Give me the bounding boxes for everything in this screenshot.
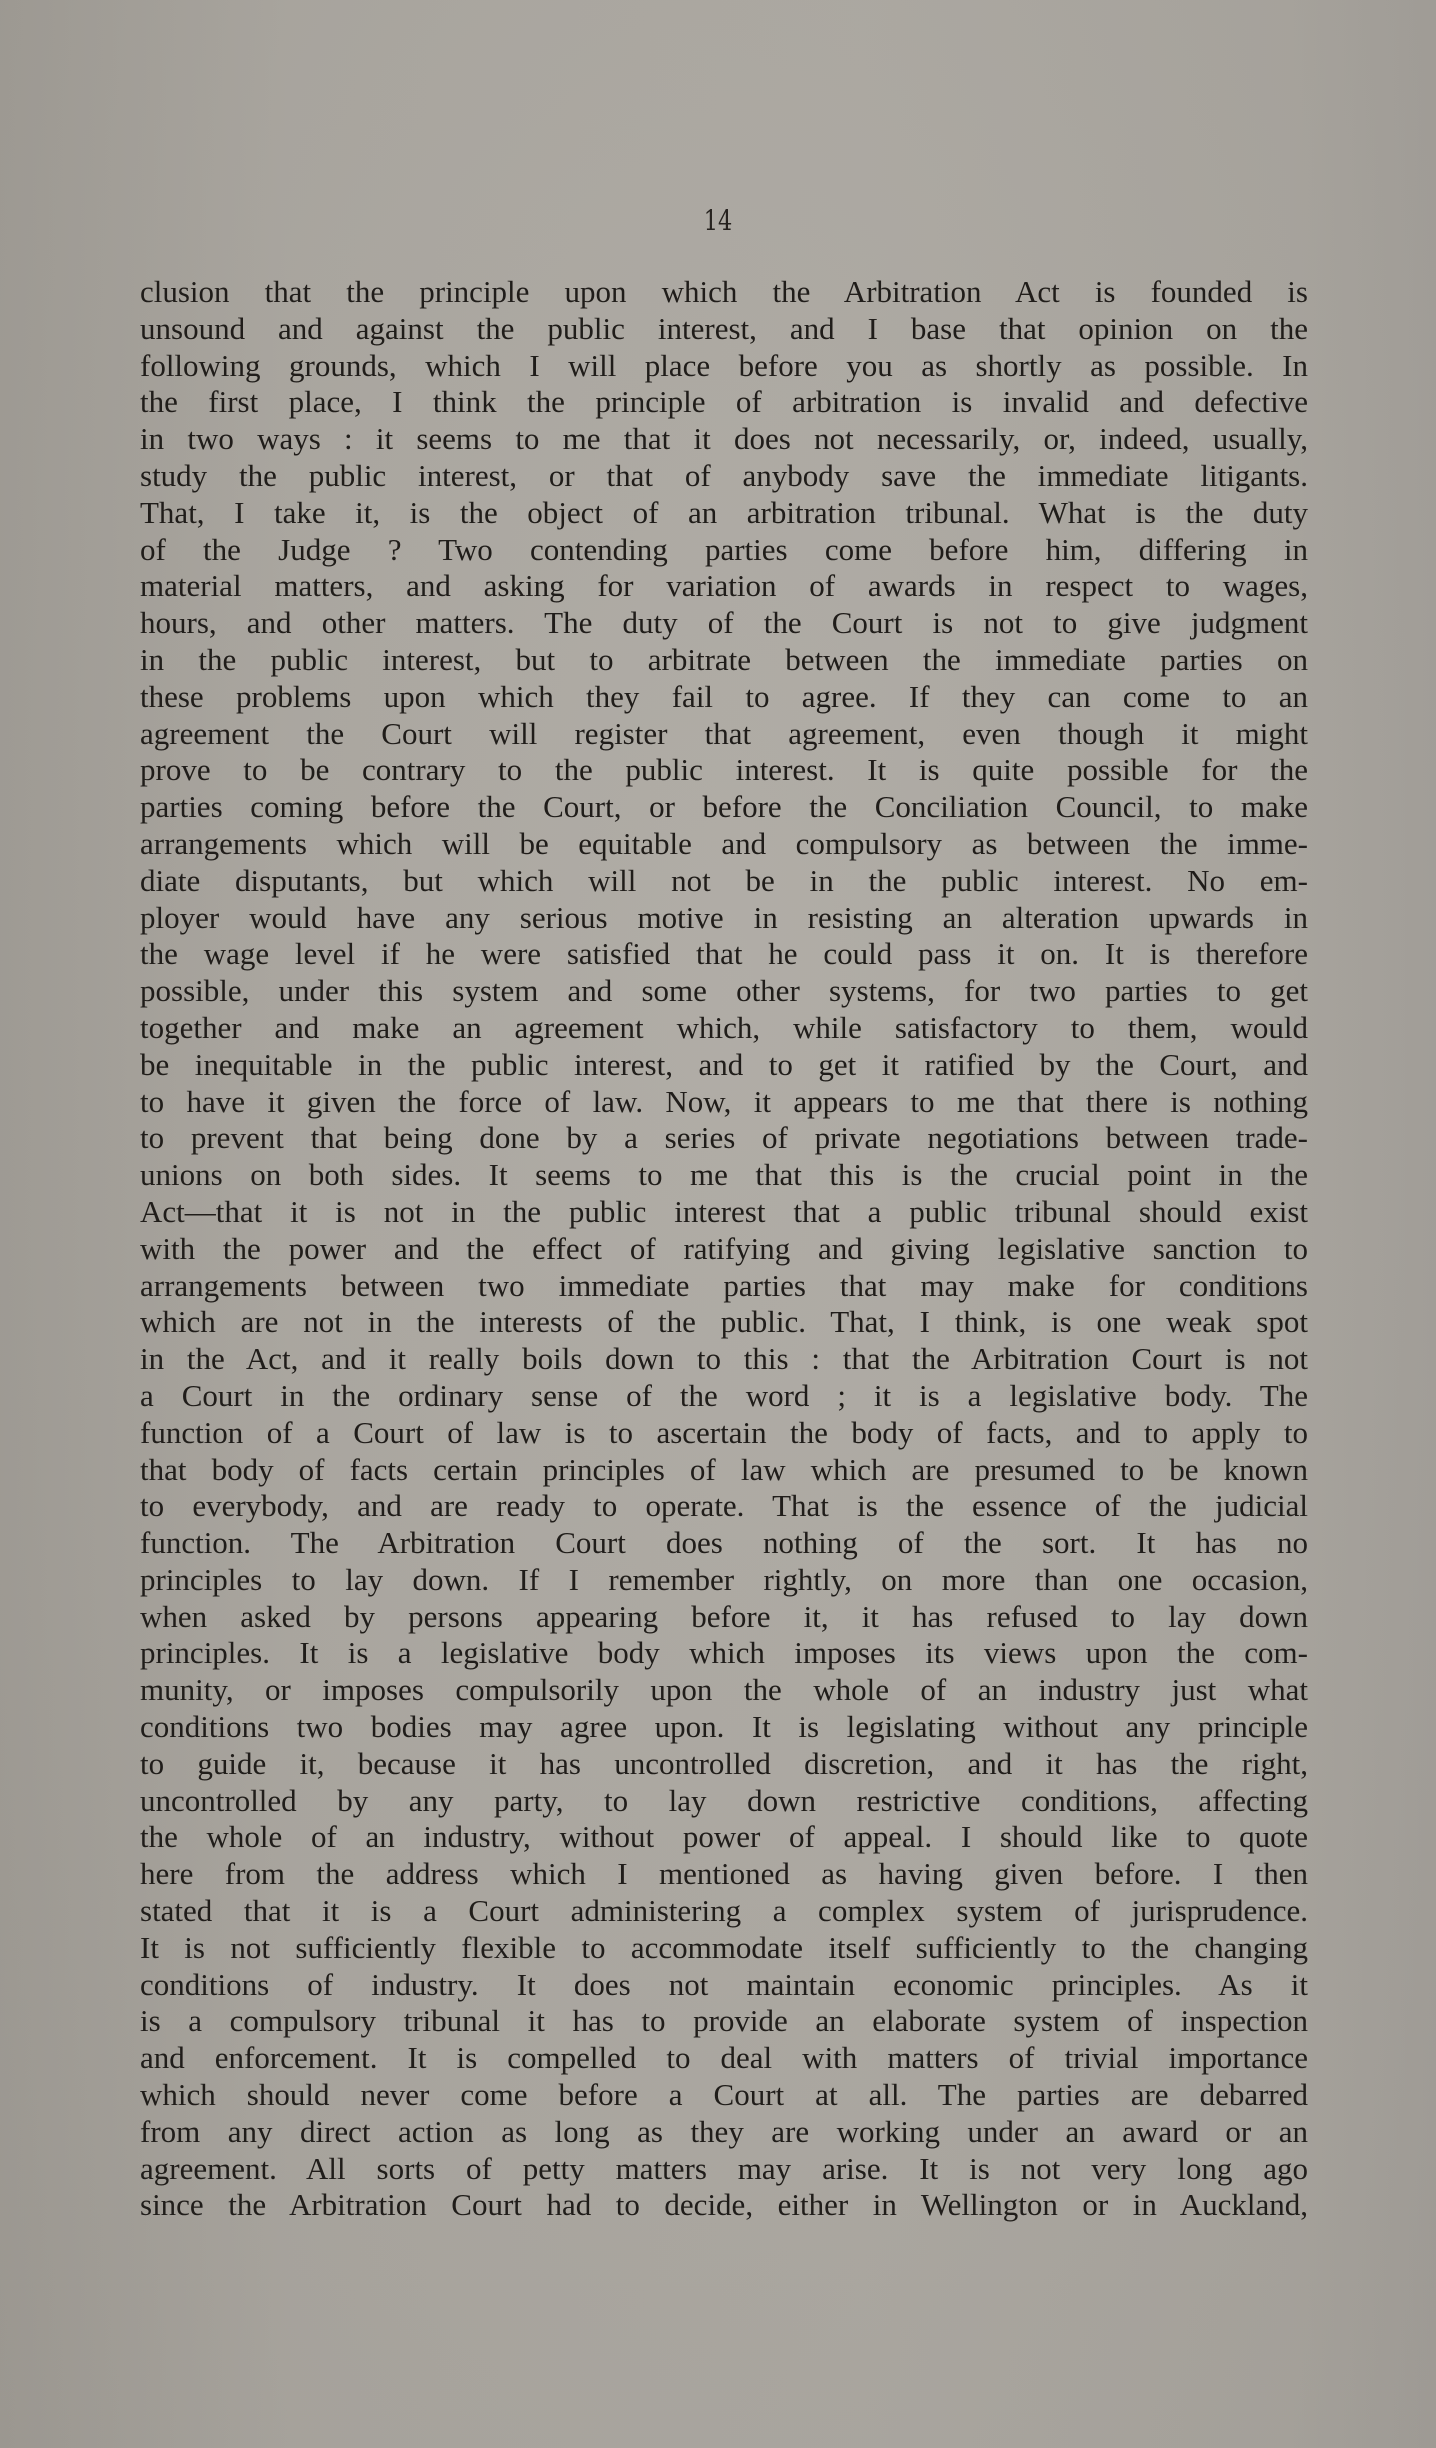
text-line: with the power and the effect of ratifyi… <box>140 1231 1308 1268</box>
text-line: possible, under this system and some oth… <box>140 973 1308 1010</box>
text-line: munity, or imposes compulsorily upon the… <box>140 1672 1308 1709</box>
text-line: and enforcement. It is compelled to deal… <box>140 2040 1308 2077</box>
text-line: conditions of industry. It does not main… <box>140 1967 1308 2004</box>
text-line: conditions two bodies may agree upon. It… <box>140 1709 1308 1746</box>
text-line: in two ways : it seems to me that it doe… <box>140 421 1308 458</box>
text-line: principles to lay down. If I remember ri… <box>140 1562 1308 1599</box>
text-line: which are not in the interests of the pu… <box>140 1304 1308 1341</box>
text-line: stated that it is a Court administering … <box>140 1893 1308 1930</box>
document-page: 14 clusion that the principle upon which… <box>0 0 1436 2448</box>
text-line: unsound and against the public interest,… <box>140 311 1308 348</box>
text-line: in the public interest, but to arbitrate… <box>140 642 1308 679</box>
text-line: to prevent that being done by a series o… <box>140 1120 1308 1157</box>
text-line: clusion that the principle upon which th… <box>140 274 1308 311</box>
text-line: agreement. All sorts of petty matters ma… <box>140 2151 1308 2188</box>
text-line: arrangements which will be equitable and… <box>140 826 1308 863</box>
text-line: these problems upon which they fail to a… <box>140 679 1308 716</box>
text-line: agreement the Court will register that a… <box>140 716 1308 753</box>
text-line: ployer would have any serious motive in … <box>140 900 1308 937</box>
text-line: to have it given the force of law. Now, … <box>140 1084 1308 1121</box>
text-line: to guide it, because it has uncontrolled… <box>140 1746 1308 1783</box>
text-line: unions on both sides. It seems to me tha… <box>140 1157 1308 1194</box>
text-line: which should never come before a Court a… <box>140 2077 1308 2114</box>
text-line: when asked by persons appearing before i… <box>140 1599 1308 1636</box>
text-line: Act—that it is not in the public interes… <box>140 1194 1308 1231</box>
text-line: diate disputants, but which will not be … <box>140 863 1308 900</box>
text-line: principles. It is a legislative body whi… <box>140 1635 1308 1672</box>
text-line: is a compulsory tribunal it has to provi… <box>140 2003 1308 2040</box>
text-line: That, I take it, is the object of an arb… <box>140 495 1308 532</box>
text-line: the first place, I think the principle o… <box>140 384 1308 421</box>
text-line: arrangements between two immediate parti… <box>140 1268 1308 1305</box>
text-line: parties coming before the Court, or befo… <box>140 789 1308 826</box>
text-line: that body of facts certain principles of… <box>140 1452 1308 1489</box>
text-line: in the Act, and it really boils down to … <box>140 1341 1308 1378</box>
text-line: It is not sufficiently flexible to accom… <box>140 1930 1308 1967</box>
text-line: prove to be contrary to the public inter… <box>140 752 1308 789</box>
text-line: here from the address which I mentioned … <box>140 1856 1308 1893</box>
text-line: hours, and other matters. The duty of th… <box>140 605 1308 642</box>
text-line: the wage level if he were satisfied that… <box>140 936 1308 973</box>
page-number: 14 <box>144 204 1293 237</box>
text-line: since the Arbitration Court had to decid… <box>140 2187 1308 2224</box>
text-line: the whole of an industry, without power … <box>140 1819 1308 1856</box>
text-line: a Court in the ordinary sense of the wor… <box>140 1378 1308 1415</box>
text-line: together and make an agreement which, wh… <box>140 1010 1308 1047</box>
text-line: be inequitable in the public interest, a… <box>140 1047 1308 1084</box>
text-line: uncontrolled by any party, to lay down r… <box>140 1783 1308 1820</box>
text-line: material matters, and asking for variati… <box>140 568 1308 605</box>
text-line: from any direct action as long as they a… <box>140 2114 1308 2151</box>
text-line: function. The Arbitration Court does not… <box>140 1525 1308 1562</box>
text-line: function of a Court of law is to ascerta… <box>140 1415 1308 1452</box>
text-line: following grounds, which I will place be… <box>140 348 1308 385</box>
text-line: to everybody, and are ready to operate. … <box>140 1488 1308 1525</box>
body-text: clusion that the principle upon which th… <box>140 274 1308 2224</box>
text-line: of the Judge ? Two contending parties co… <box>140 532 1308 569</box>
text-line: study the public interest, or that of an… <box>140 458 1308 495</box>
